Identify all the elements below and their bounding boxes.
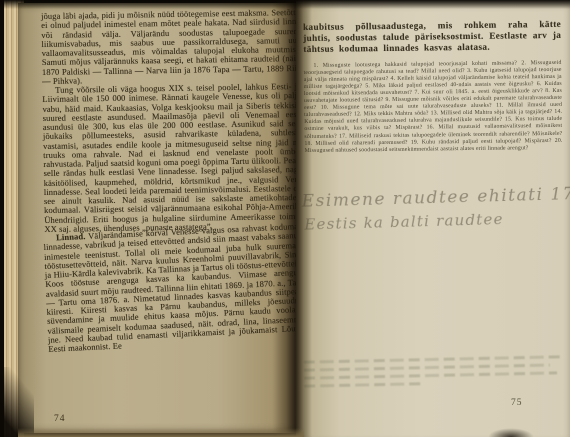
paragraph-emigration: Tung võõrsile oli väga hoogus XIX s. tei…	[42, 82, 303, 234]
page-number-left: 74	[54, 414, 66, 424]
left-page: jõuga läbi ajada, pidi ju mõisnik nüüd t…	[18, 3, 304, 433]
questions-block: 1. Missuguste lootustega hakkasid talupo…	[303, 59, 562, 154]
paragraph-continuation: jõuga läbi ajada, pidi ju mõisnik nüüd t…	[41, 8, 301, 86]
page-number-right: 75	[511, 398, 523, 408]
right-page-text: kaubitsus põllusaadustega, mis rohkem ra…	[303, 19, 563, 155]
handwriting-line-2: Eestis ka balti raudtee	[304, 208, 562, 233]
cities-text: Väljarändamise kõrval Venesse valgus osa…	[43, 221, 304, 354]
intro-paragraph: kaubitsus põllusaadustega, mis rohkem ra…	[303, 19, 561, 56]
handwritten-note: Esimene raudtee ehitati 1721 Eestis ka b…	[301, 184, 562, 233]
right-page: kaubitsus põllusaadustega, mis rohkem ra…	[296, 0, 570, 437]
handwriting-line-1: Esimene raudtee ehitati 1721	[301, 184, 561, 211]
bleed-through-text	[304, 355, 561, 392]
left-page-text: jõuga läbi ajada, pidi ju mõisnik nüüd t…	[41, 8, 304, 354]
book-spread-photo: jõuga läbi ajada, pidi ju mõisnik nüüd t…	[0, 0, 570, 437]
paragraph-cities: Linnad. Väljarändamise kõrval Venesse va…	[43, 222, 304, 354]
